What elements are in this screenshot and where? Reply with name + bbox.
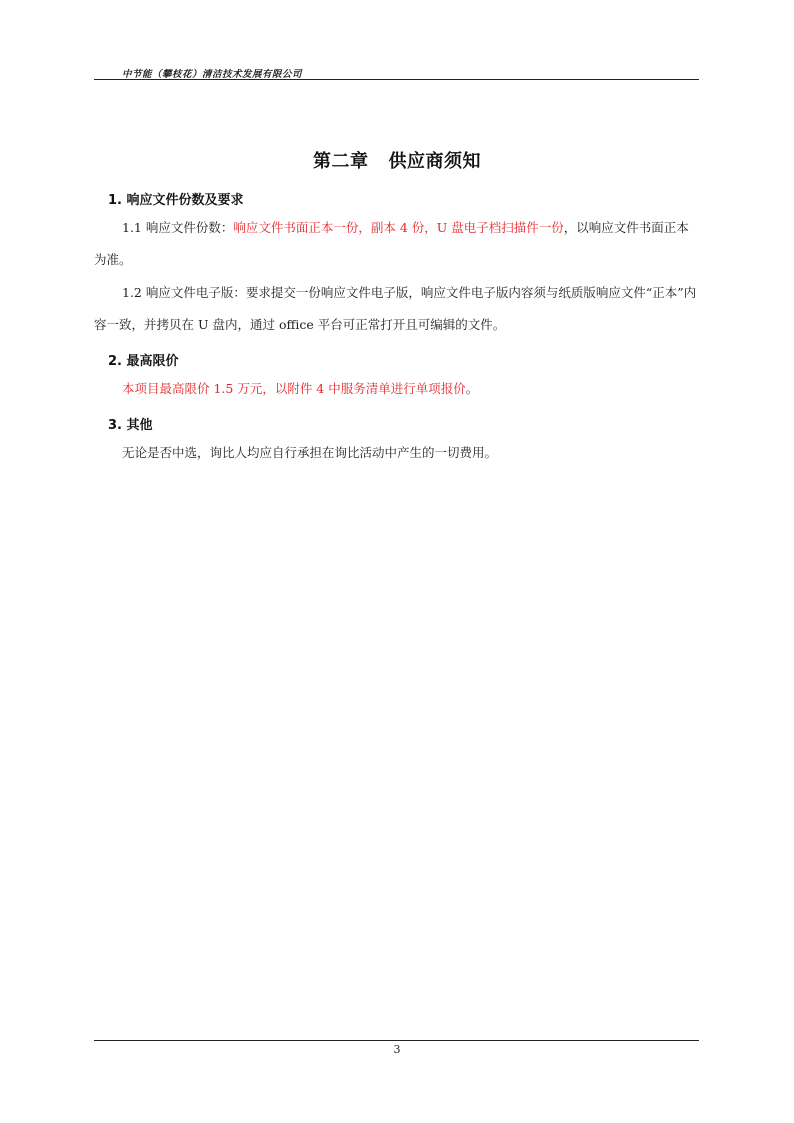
paragraph-1-2-text: 1.2 响应文件电子版：要求提交一份响应文件电子版，响应文件电子版内容须与纸质版… [94, 285, 696, 332]
chapter-title: 第二章供应商须知 [0, 147, 794, 173]
paragraph-1-1-prefix: 1.1 响应文件份数： [94, 220, 233, 235]
chapter-number: 第二章 [313, 151, 369, 172]
paragraph-3-1: 无论是否中选，询比人均应自行承担在询比活动中产生的一切费用。 [94, 437, 700, 469]
paragraph-2-1: 本项目最高限价 1.5 万元，以附件 4 中服务清单进行单项报价。 [94, 373, 700, 405]
section-heading-1: 1. 响应文件份数及要求 [108, 189, 244, 208]
page-header: 中节能（攀枝花）清洁技术发展有限公司 [94, 66, 699, 80]
footer-divider [94, 1040, 699, 1041]
paragraph-2-1-highlight: 本项目最高限价 1.5 万元，以附件 4 中服务清单进行单项报价 [94, 381, 466, 396]
header-company-name: 中节能（攀枝花）清洁技术发展有限公司 [122, 66, 302, 80]
section-heading-3: 3. 其他 [108, 414, 153, 433]
paragraph-3-1-text: 无论是否中选，询比人均应自行承担在询比活动中产生的一切费用。 [94, 445, 497, 460]
chapter-name: 供应商须知 [389, 151, 482, 172]
paragraph-2-1-suffix: 。 [466, 381, 479, 396]
section-heading-2: 2. 最高限价 [108, 350, 179, 369]
page-number: 3 [0, 1043, 794, 1056]
paragraph-1-2: 1.2 响应文件电子版：要求提交一份响应文件电子版，响应文件电子版内容须与纸质版… [94, 277, 700, 341]
paragraph-1-1: 1.1 响应文件份数：响应文件书面正本一份，副本 4 份，U 盘电子档扫描件一份… [94, 212, 700, 276]
paragraph-1-1-highlight: 响应文件书面正本一份，副本 4 份，U 盘电子档扫描件一份 [233, 220, 563, 235]
